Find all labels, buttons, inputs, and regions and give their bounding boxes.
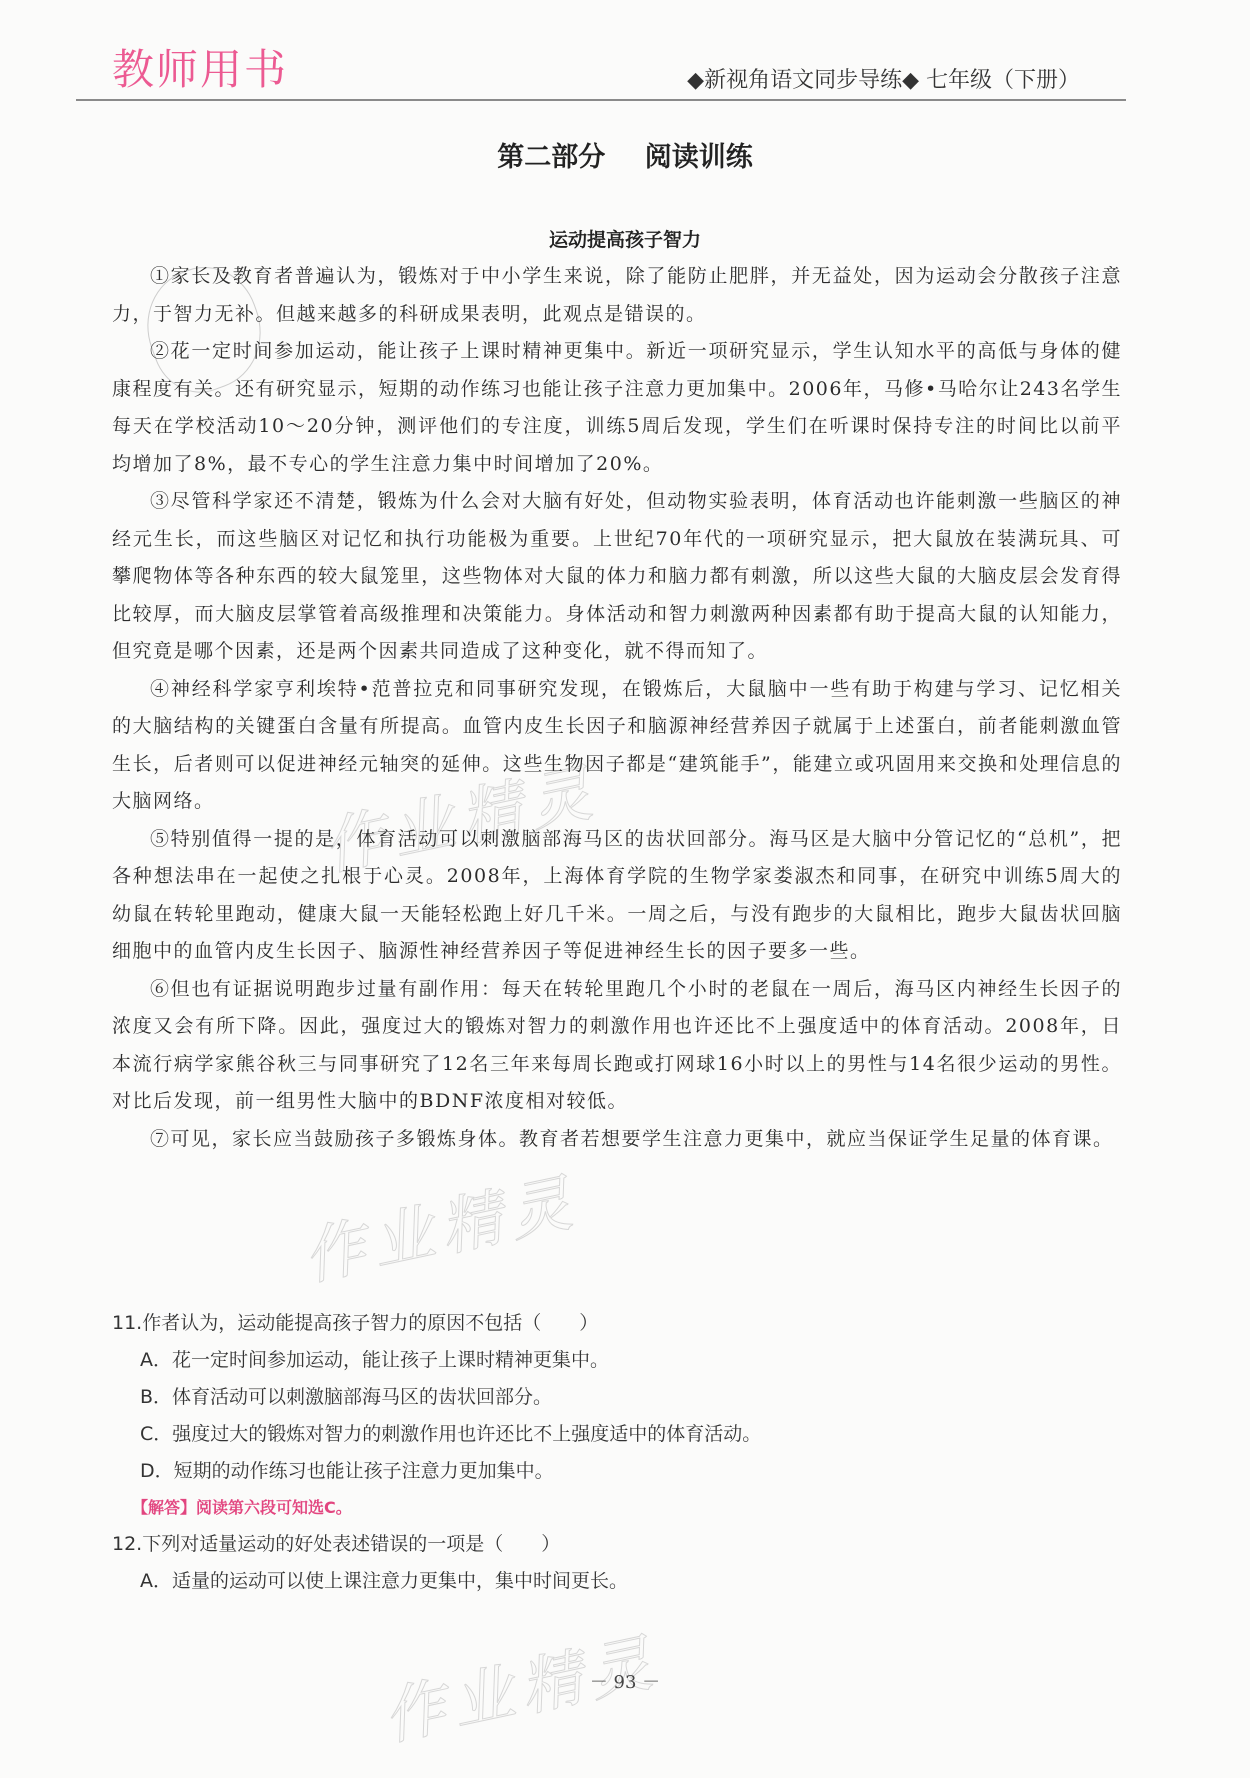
option-d: D．短期的动作练习也能让孩子注意力更加集中。	[112, 1453, 1122, 1490]
answer-explanation: 【解答】阅读第六段可知选C。	[112, 1490, 1122, 1526]
questions-section: 11.作者认为，运动能提高孩子智力的原因不包括（ ） A．花一定时间参加运动，能…	[112, 1305, 1122, 1600]
page-number: － 93 －	[0, 1670, 1250, 1696]
paragraph-3: ③尽管科学家还不清楚，锻炼为什么会对大脑有好处，但动物实验表明，体育活动也许能刺…	[112, 483, 1122, 671]
paragraph-7: ⑦可见，家长应当鼓励孩子多锻炼身体。教育者若想要学生注意力更集中，就应当保证学生…	[112, 1121, 1122, 1159]
section-title: 第二部分 阅读训练	[0, 140, 1250, 176]
header-brand: 教师用书	[112, 44, 288, 96]
option-c: C．强度过大的锻炼对智力的刺激作用也许还比不上强度适中的体育活动。	[112, 1416, 1122, 1453]
paragraph-1: ①家长及教育者普遍认为，锻炼对于中小学生来说，除了能防止肥胖，并无益处，因为运动…	[112, 258, 1122, 333]
paragraph-2: ②花一定时间参加运动，能让孩子上课时精神更集中。新近一项研究显示，学生认知水平的…	[112, 333, 1122, 483]
paragraph-6: ⑥但也有证据说明跑步过量有副作用：每天在转轮里跑几个小时的老鼠在一周后，海马区内…	[112, 971, 1122, 1121]
header-divider	[76, 99, 1126, 101]
watermark-text: 作业精灵	[294, 1152, 586, 1297]
option-a: A．适量的运动可以使上课注意力更集中，集中时间更长。	[112, 1563, 1122, 1600]
option-a: A．花一定时间参加运动，能让孩子上课时精神更集中。	[112, 1342, 1122, 1379]
question-stem: 12.下列对适量运动的好处表述错误的一项是（ ）	[112, 1526, 1122, 1563]
article-title: 运动提高孩子智力	[0, 226, 1250, 254]
paragraph-4: ④神经科学家亨利埃特•范普拉克和同事研究发现，在锻炼后，大鼠脑中一些有助于构建与…	[112, 671, 1122, 821]
question-stem: 11.作者认为，运动能提高孩子智力的原因不包括（ ）	[112, 1305, 1122, 1342]
option-b: B．体育活动可以刺激脑部海马区的齿状回部分。	[112, 1379, 1122, 1416]
article-body: ①家长及教育者普遍认为，锻炼对于中小学生来说，除了能防止肥胖，并无益处，因为运动…	[112, 258, 1122, 1158]
header-series-title: ◆新视角语文同步导练◆ 七年级（下册）	[687, 66, 1080, 96]
paragraph-5: ⑤特别值得一提的是，体育活动可以刺激脑部海马区的齿状回部分。海马区是大脑中分管记…	[112, 821, 1122, 971]
question-11: 11.作者认为，运动能提高孩子智力的原因不包括（ ） A．花一定时间参加运动，能…	[112, 1305, 1122, 1526]
question-12: 12.下列对适量运动的好处表述错误的一项是（ ） A．适量的运动可以使上课注意力…	[112, 1526, 1122, 1600]
